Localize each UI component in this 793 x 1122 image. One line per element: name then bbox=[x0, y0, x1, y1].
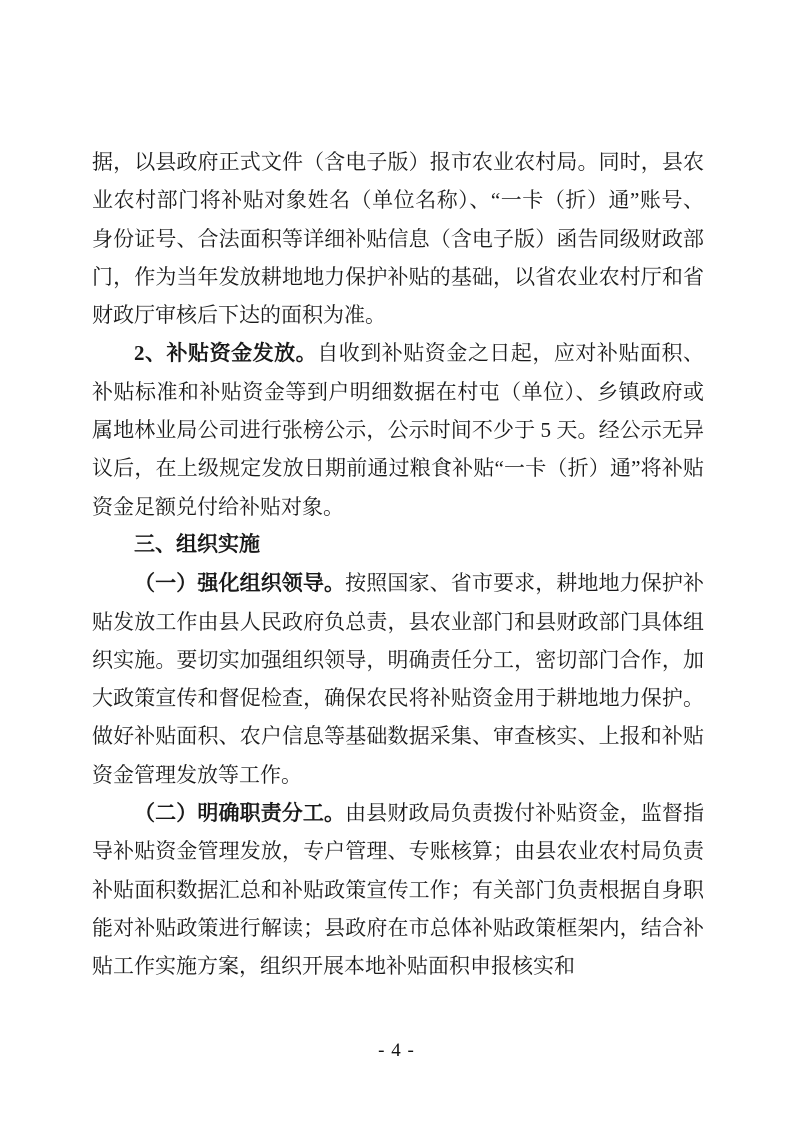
run-in-heading: 三、组织实施 bbox=[134, 533, 260, 556]
paragraph: （二）明确职责分工。由县财政局负责拨付补贴资金，监督指导补贴资金管理发放，专户管… bbox=[92, 794, 704, 985]
text-segment: 由县财政局负责拨付补贴资金，监督指导补贴资金管理发放，专户管理、专账核算；由县农… bbox=[92, 801, 704, 978]
run-in-heading: （一）强化组织领导。 bbox=[134, 571, 345, 595]
paragraph: （一）强化组织领导。按照国家、省市要求，耕地地力保护补贴发放工作由县人民政府负总… bbox=[92, 564, 704, 794]
document-body-text: 据，以县政府正式文件（含电子版）报市农业农村局。同时，县农业农村部门将补贴对象姓… bbox=[92, 143, 704, 986]
document-page: 据，以县政府正式文件（含电子版）报市农业农村局。同时，县农业农村部门将补贴对象姓… bbox=[0, 0, 793, 1122]
page-number: - 4 - bbox=[0, 1040, 793, 1062]
paragraph: 2、补贴资金发放。自收到补贴资金之日起，应对补贴面积、补贴标准和补贴资金等到户明… bbox=[92, 334, 704, 525]
section-heading: 三、组织实施 bbox=[92, 526, 704, 564]
text-segment: 按照国家、省市要求，耕地地力保护补贴发放工作由县人民政府负总责，县农业部门和县财… bbox=[92, 571, 704, 786]
paragraph: 据，以县政府正式文件（含电子版）报市农业农村局。同时，县农业农村部门将补贴对象姓… bbox=[92, 143, 704, 334]
text-segment: 自收到补贴资金之日起，应对补贴面积、补贴标准和补贴资金等到户明细数据在村屯（单位… bbox=[92, 341, 704, 518]
run-in-heading: 2、补贴资金发放。 bbox=[134, 341, 317, 365]
text-segment: 据，以县政府正式文件（含电子版）报市农业农村局。同时，县农业农村部门将补贴对象姓… bbox=[92, 150, 704, 327]
run-in-heading: （二）明确职责分工。 bbox=[134, 801, 345, 825]
